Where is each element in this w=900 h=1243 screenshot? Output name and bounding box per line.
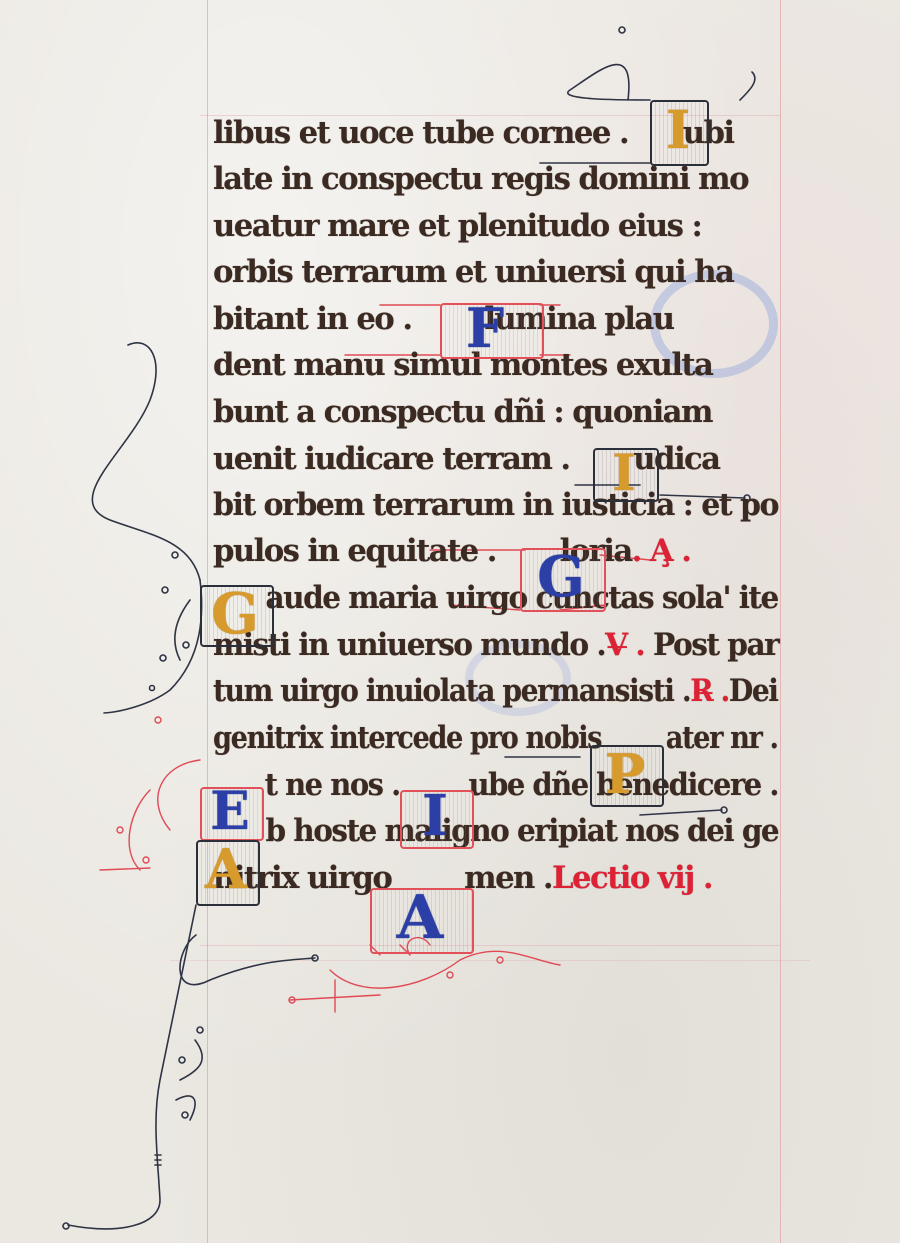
line-segment: pulos in equitate . <box>213 528 496 574</box>
rubric-response-mark: R̶ . <box>690 668 729 714</box>
text-line-8: uenit iudicare terram . udica <box>213 436 778 482</box>
text-line-13: tum uirgo inuiolata permansisti . R̶ .De… <box>213 668 731 714</box>
initial-letter: A <box>200 838 252 900</box>
text-line-12: misti in uniuerso mundo . V̶ . Post par <box>213 622 758 668</box>
text-line-16: b hoste maligno eripiat nos dei ge <box>213 808 755 854</box>
initial-letter: E <box>204 784 256 840</box>
rubric-lectio-heading: Lectio vij . <box>552 855 712 901</box>
text-line-9: bit orbem terrarum in iusticia : et po <box>213 482 765 528</box>
text-line-3: ueatur mare et plenitudo eius : <box>213 203 778 249</box>
text-line-15: t ne nos . ube dñe benedicere . <box>213 762 746 808</box>
initial-letter: G <box>526 548 596 606</box>
initial-letter: G <box>204 584 266 644</box>
initial-letter: I <box>604 446 644 500</box>
line-segment: tum uirgo inuiolata permansisti . <box>213 668 690 714</box>
line-segment: orbis terrarum et uniuersi qui ha <box>213 249 733 295</box>
line-segment: ueatur mare et plenitudo eius : <box>213 203 701 249</box>
line-segment: Post par <box>644 622 778 668</box>
text-line-17: nitrix uirgo men . Lectio vij . <box>213 855 778 901</box>
initial-letter: A <box>385 886 455 950</box>
line-segment: bitant in eo . <box>213 296 411 342</box>
text-line-7: bunt a conspectu dñi : quoniam <box>213 389 778 435</box>
initial-letter: F <box>455 300 515 356</box>
line-segment: Dei <box>729 668 778 714</box>
text-block: libus et uoce tube cornee . ubi late in … <box>0 0 900 1243</box>
line-segment: aude maria uirgo cunctas sola' ite <box>213 575 778 621</box>
rubric-versicle-mark: V̶ . <box>605 622 644 668</box>
initial-letter: I <box>660 100 696 162</box>
text-line-4: orbis terrarum et uniuersi qui ha <box>213 249 778 295</box>
text-line-11: aude maria uirgo cunctas sola' ite <box>213 575 756 621</box>
line-segment: uenit iudicare terram . <box>213 436 570 482</box>
initial-letter: I <box>412 786 458 846</box>
line-segment: bunt a conspectu dñi : quoniam <box>213 389 712 435</box>
line-segment: genitrix intercede pro nobis <box>213 715 601 761</box>
line-segment: bit orbem terrarum in iusticia : et po <box>213 482 778 528</box>
rubric-antiphon-mark: . A̧ . <box>632 528 691 574</box>
text-line-10: pulos in equitate . loria . A̧ . <box>213 528 778 574</box>
line-segment: b hoste maligno eripiat nos dei ge <box>213 808 778 854</box>
line-segment: libus et uoce tube cornee . <box>213 110 628 156</box>
initial-letter: P <box>596 744 654 804</box>
